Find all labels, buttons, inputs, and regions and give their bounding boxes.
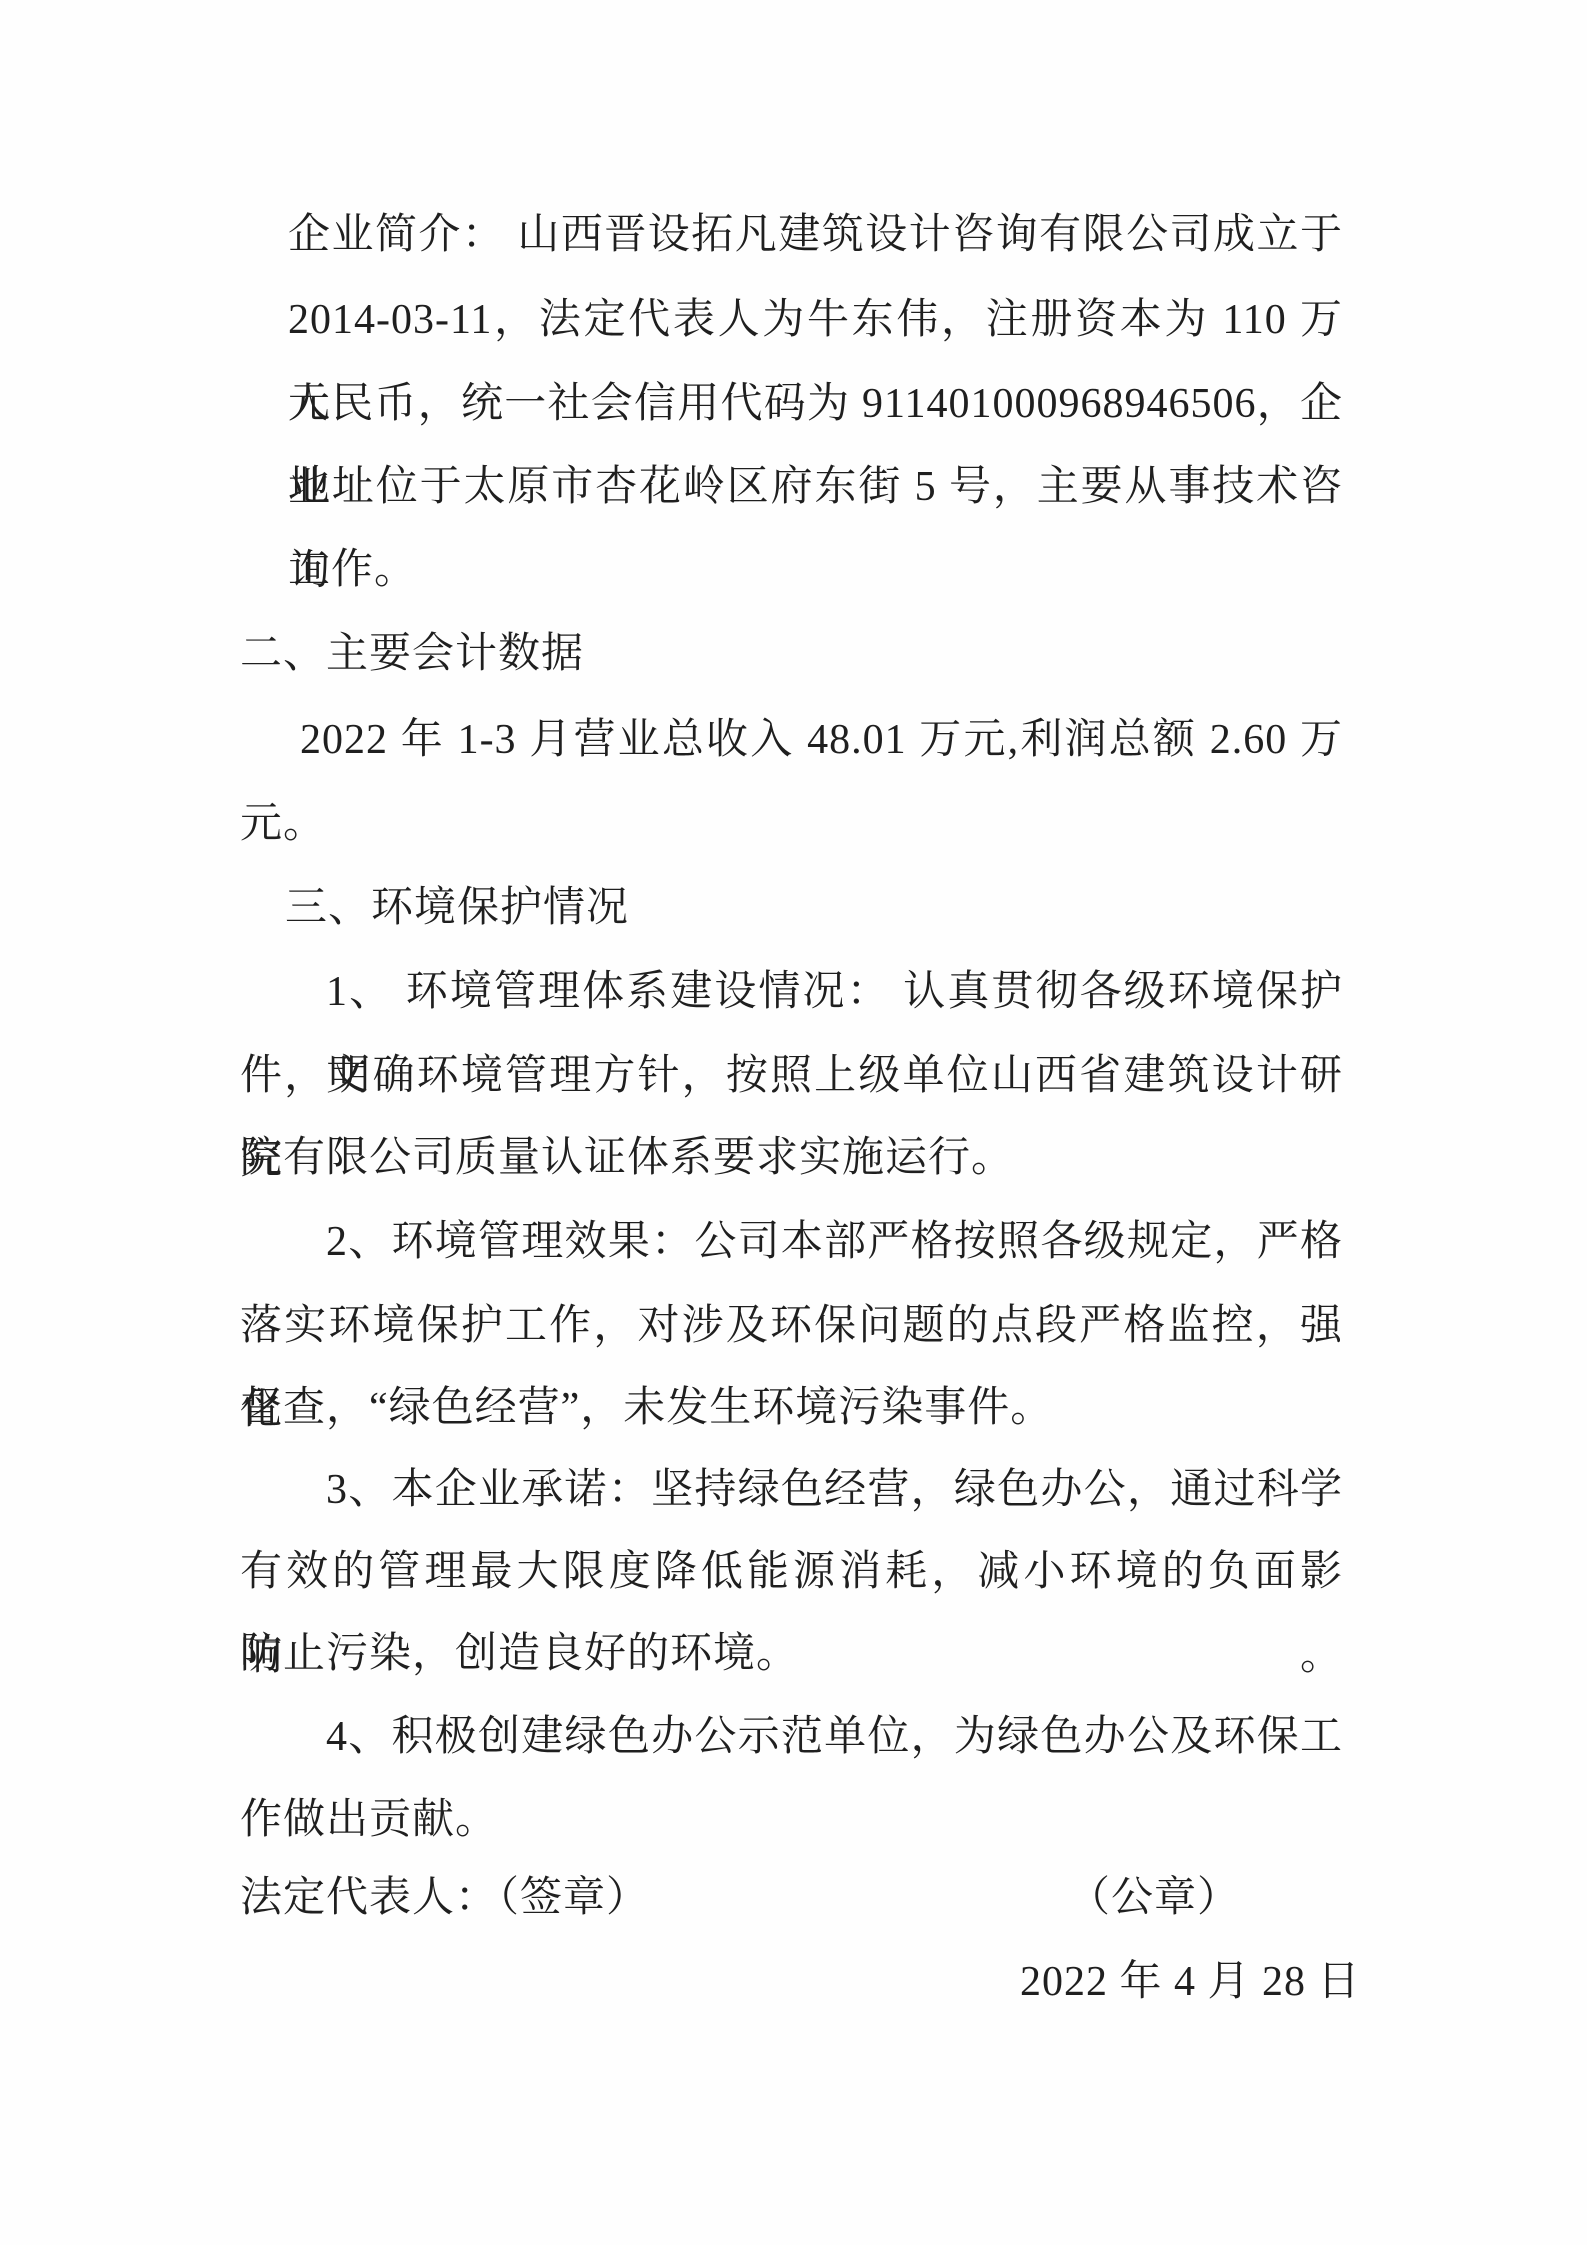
environment-line: 3、本企业承诺：坚持绿色经营，绿色办公，通过科学 [326, 1448, 1343, 1532]
environment-line: 防止污染，创造良好的环境。 [240, 1612, 799, 1696]
environment-line: 督查，“绿色经营”，未发生环境污染事件。 [240, 1366, 1053, 1450]
document-date: 2022 年 4 月 28 日 [1020, 1940, 1361, 2024]
environment-line: 作做出贡献。 [240, 1778, 498, 1862]
accounting-line: 元。 [240, 782, 326, 866]
environment-line: 有效的管理最大限度降低能源消耗，减小环境的负面影响。 [240, 1530, 1343, 1614]
company-profile-line: 人民币，统一社会信用代码为 911401000968946506，企业 [288, 362, 1343, 446]
legal-representative-label: 法定代表人：（签章） [240, 1856, 649, 1940]
company-profile-line: 企业简介： 山西晋设拓凡建筑设计咨询有限公司成立于 [288, 193, 1343, 277]
company-seal-label: （公章） [1068, 1856, 1240, 1940]
accounting-line: 2022 年 1-3 月营业总收入 48.01 万元,利润总额 2.60 万 [300, 698, 1343, 782]
company-profile-line: 工作。 [288, 528, 417, 612]
section-heading-accounting: 二、主要会计数据 [240, 612, 584, 696]
document-page: 企业简介： 山西晋设拓凡建筑设计咨询有限公司成立于 2014-03-11，法定代… [0, 0, 1587, 2245]
section-heading-environment: 三、环境保护情况 [285, 866, 629, 950]
environment-line: 4、积极创建绿色办公示范单位，为绿色办公及环保工 [326, 1695, 1343, 1779]
environment-line: 件，明确环境管理方针，按照上级单位山西省建筑设计研究 [240, 1034, 1343, 1118]
environment-line: 落实环境保护工作，对涉及环保问题的点段严格监控，强化 [240, 1284, 1343, 1368]
company-profile-line: 地址位于太原市杏花岭区府东街 5 号，主要从事技术咨询 [288, 445, 1343, 529]
environment-line: 2、环境管理效果：公司本部严格按照各级规定，严格 [326, 1200, 1343, 1284]
company-profile-line: 2014-03-11，法定代表人为牛东伟，注册资本为 110 万元 [288, 278, 1343, 362]
environment-line: 院有限公司质量认证体系要求实施运行。 [240, 1116, 1014, 1200]
environment-line: 1、 环境管理体系建设情况： 认真贯彻各级环境保护文 [326, 950, 1343, 1034]
